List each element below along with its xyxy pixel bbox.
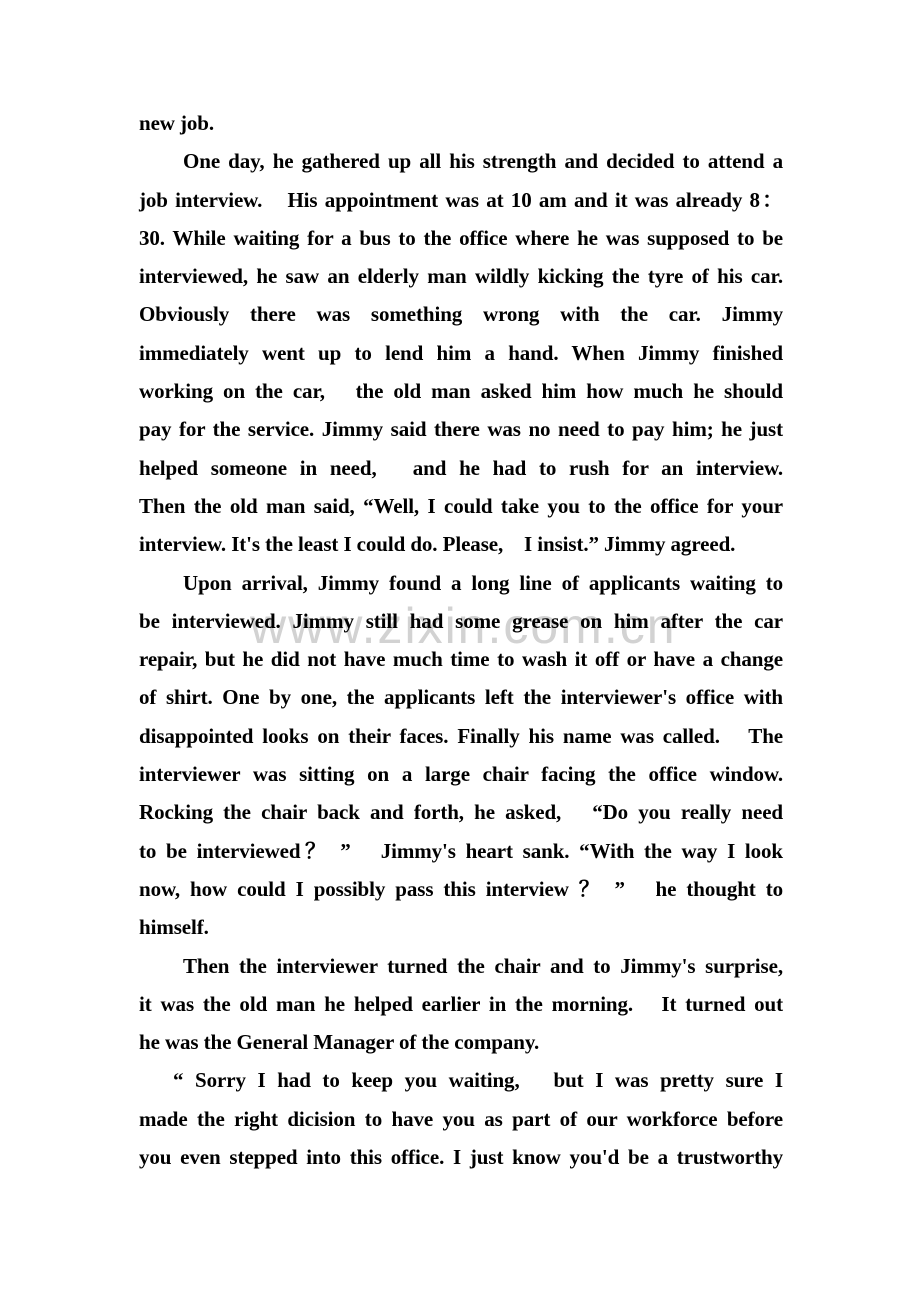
- text-line: now, how could I possibly pass this inte…: [139, 870, 783, 908]
- text-line: interview. It's the least I could do. Pl…: [139, 525, 783, 563]
- text-line: Upon arrival, Jimmy found a long line of…: [139, 564, 783, 602]
- text-line: “ Sorry I had to keep you waiting, but I…: [139, 1061, 783, 1099]
- text-line: Rocking the chair back and forth, he ask…: [139, 793, 783, 831]
- text-line: disappointed looks on their faces. Final…: [139, 717, 783, 755]
- text-line: repair, but he did not have much time to…: [139, 640, 783, 678]
- text-line: you even stepped into this office. I jus…: [139, 1138, 783, 1176]
- text-line: Obviously there was something wrong with…: [139, 295, 783, 333]
- text-line: One day, he gathered up all his strength…: [139, 142, 783, 180]
- text-line: immediately went up to lend him a hand. …: [139, 334, 783, 372]
- text-line: working on the car, the old man asked hi…: [139, 372, 783, 410]
- text-line: to be interviewed？ ” Jimmy's heart sank.…: [139, 832, 783, 870]
- text-line: be interviewed. Jimmy still had some gre…: [139, 602, 783, 640]
- document-page: www.zixin.com.cn new job.One day, he gat…: [0, 0, 920, 1302]
- text-line: helped someone in need, and he had to ru…: [139, 449, 783, 487]
- text-line: 30. While waiting for a bus to the offic…: [139, 219, 783, 257]
- text-line: made the right dicision to have you as p…: [139, 1100, 783, 1138]
- text-line: himself.: [139, 908, 783, 946]
- document-text: new job.One day, he gathered up all his …: [139, 104, 783, 1176]
- text-line: Then the interviewer turned the chair an…: [139, 947, 783, 985]
- text-line: job interview. His appointment was at 10…: [139, 181, 783, 219]
- text-line: pay for the service. Jimmy said there wa…: [139, 410, 783, 448]
- text-line: new job.: [139, 104, 783, 142]
- text-line: interviewer was sitting on a large chair…: [139, 755, 783, 793]
- text-line: interviewed, he saw an elderly man wildl…: [139, 257, 783, 295]
- text-line: of shirt. One by one, the applicants lef…: [139, 678, 783, 716]
- text-line: Then the old man said, “Well, I could ta…: [139, 487, 783, 525]
- text-line: it was the old man he helped earlier in …: [139, 985, 783, 1023]
- text-line: he was the General Manager of the compan…: [139, 1023, 783, 1061]
